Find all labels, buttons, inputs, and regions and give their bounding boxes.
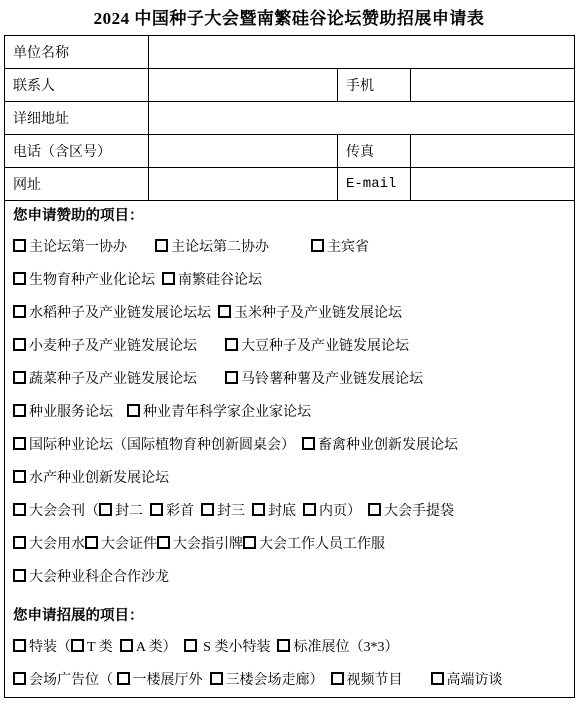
option-label: 水产种业创新发展论坛 [29,471,169,486]
option-label: 大会手提袋 [384,504,454,519]
checkbox[interactable] [210,672,223,685]
option-label: 会场广告位（ [29,673,117,688]
checkbox[interactable] [120,639,133,652]
application-form-page: 2024 中国种子大会暨南繁硅谷论坛赞助招展申请表 单位名称 联系人 手机 详细… [0,0,579,698]
option-label: 玉米种子及产业链发展论坛 [234,306,402,321]
field-input-contact[interactable] [149,69,338,102]
field-input-address[interactable] [149,102,575,135]
checkbox[interactable] [368,503,381,516]
field-label-contact: 联系人 [5,69,149,102]
checkbox[interactable] [85,536,98,549]
checkbox[interactable] [13,338,26,351]
field-input-unit-name[interactable] [149,36,575,69]
checkbox[interactable] [13,639,26,652]
checkbox[interactable] [13,371,26,384]
option-label: 视频节目 [347,673,431,688]
checkbox[interactable] [127,404,140,417]
table-row: 联系人 手机 [5,69,575,102]
option-line: 大会会刊（封二 彩首 封三 封底 内页） 大会手提袋 [13,495,572,528]
checkbox[interactable] [71,639,84,652]
option-label: 特装（ [29,640,71,655]
field-label-website: 网址 [5,168,149,201]
field-input-email[interactable] [411,168,575,201]
checkbox[interactable] [99,503,112,516]
option-label: 主论坛第二协办 [171,240,311,255]
checkbox[interactable] [13,404,26,417]
section-heading: 您申请招展的项目： [13,601,572,631]
option-label: 大会种业科企合作沙龙 [29,570,169,585]
table-row: 详细地址 [5,102,575,135]
option-label: 主宾省 [327,240,369,255]
option-label: 一楼展厅外 [133,673,210,688]
option-line: 大会用水大会证件大会指引牌大会工作人员工作服 [13,528,572,561]
checkbox[interactable] [184,639,197,652]
option-label: 高端访谈 [447,673,503,688]
checkbox[interactable] [225,338,238,351]
option-label: 种业青年科学家企业家论坛 [143,405,311,420]
option-line: 蔬菜种子及产业链发展论坛 马铃薯种薯及产业链发展论坛 [13,363,572,396]
checkbox[interactable] [277,639,290,652]
option-line: 种业服务论坛 种业青年科学家企业家论坛 [13,396,572,429]
field-label-phone: 电话（含区号） [5,135,149,168]
checkbox[interactable] [150,503,163,516]
option-label: 水稻种子及产业链发展论坛坛 [29,306,218,321]
checkbox[interactable] [13,437,26,450]
applicant-info-table: 单位名称 联系人 手机 详细地址 电话（含区号） 传真 网址 [4,35,575,698]
checkbox[interactable] [117,672,130,685]
checkbox[interactable] [13,470,26,483]
field-input-fax[interactable] [411,135,575,168]
field-input-phone[interactable] [149,135,338,168]
table-row: 您申请赞助的项目：主论坛第一协办 主论坛第二协办 主宾省生物育种产业化论坛 南繁… [5,201,575,698]
option-line: 生物育种产业化论坛 南繁硅谷论坛 [13,264,572,297]
option-line: 会场广告位（ 一楼展厅外 三楼会场走廊） 视频节目 高端访谈 [13,664,572,697]
option-line: 水产种业创新发展论坛 [13,462,572,495]
option-label: 大会工作人员工作服 [259,537,385,552]
checkbox[interactable] [225,371,238,384]
option-line: 水稻种子及产业链发展论坛坛 玉米种子及产业链发展论坛 [13,297,572,330]
field-input-mobile[interactable] [411,69,575,102]
field-label-address: 详细地址 [5,102,149,135]
option-label: 封二 [115,504,150,519]
field-label-email: E-mail [338,168,411,201]
checkbox[interactable] [201,503,214,516]
field-label-unit-name: 单位名称 [5,36,149,69]
option-label: 生物育种产业化论坛 [29,273,162,288]
option-label: 彩首 [166,504,201,519]
option-line: 国际种业论坛（国际植物育种创新圆桌会） 畜禽种业创新发展论坛 [13,429,572,462]
checkbox[interactable] [218,305,231,318]
option-line: 特装（T 类 A 类） S 类小特装 标准展位（3*3） [13,631,572,664]
option-label: S 类小特装 [200,640,278,655]
checkbox[interactable] [243,536,256,549]
table-row: 电话（含区号） 传真 [5,135,575,168]
option-label: 蔬菜种子及产业链发展论坛 [29,372,225,387]
option-label: 种业服务论坛 [29,405,127,420]
field-label-mobile: 手机 [338,69,411,102]
option-label: 封三 [217,504,252,519]
option-label: 大会指引牌 [173,537,243,552]
checkbox[interactable] [311,239,324,252]
option-label: 主论坛第一协办 [29,240,155,255]
section-heading: 您申请赞助的项目： [13,201,572,231]
checkbox[interactable] [157,536,170,549]
option-label: 大会证件 [101,537,157,552]
option-label: A 类） [136,640,184,655]
checkbox[interactable] [13,272,26,285]
option-label: 畜禽种业创新发展论坛 [318,438,458,453]
page-title: 2024 中国种子大会暨南繁硅谷论坛赞助招展申请表 [4,8,574,30]
option-label: 小麦种子及产业链发展论坛 [29,339,225,354]
checkbox[interactable] [13,672,26,685]
option-label: 内页） [319,504,368,519]
option-label: 国际种业论坛（国际植物育种创新圆桌会） [29,438,302,453]
field-label-fax: 传真 [338,135,411,168]
checkbox[interactable] [13,305,26,318]
checkbox[interactable] [303,503,316,516]
options-cell: 您申请赞助的项目：主论坛第一协办 主论坛第二协办 主宾省生物育种产业化论坛 南繁… [5,201,575,698]
checkbox[interactable] [162,272,175,285]
checkbox[interactable] [13,239,26,252]
checkbox[interactable] [431,672,444,685]
option-label: 大会会刊（ [29,504,99,519]
table-row: 网址 E-mail [5,168,575,201]
checkbox[interactable] [13,503,26,516]
option-label: 马铃薯种薯及产业链发展论坛 [241,372,423,387]
checkbox[interactable] [13,536,26,549]
option-label: 大会用水 [29,537,85,552]
option-label: 大豆种子及产业链发展论坛 [241,339,409,354]
option-label: 封底 [268,504,303,519]
checkbox[interactable] [252,503,265,516]
option-line: 大会种业科企合作沙龙 [13,561,572,594]
table-row: 单位名称 [5,36,575,69]
checkbox[interactable] [302,437,315,450]
option-label: T 类 [87,640,120,655]
option-label: 标准展位（3*3） [293,640,398,655]
checkbox[interactable] [155,239,168,252]
checkbox[interactable] [331,672,344,685]
checkbox[interactable] [13,569,26,582]
field-input-website[interactable] [149,168,338,201]
option-line: 小麦种子及产业链发展论坛 大豆种子及产业链发展论坛 [13,330,572,363]
option-label: 三楼会场走廊） [226,673,331,688]
option-line: 主论坛第一协办 主论坛第二协办 主宾省 [13,231,572,264]
option-label: 南繁硅谷论坛 [178,273,262,288]
